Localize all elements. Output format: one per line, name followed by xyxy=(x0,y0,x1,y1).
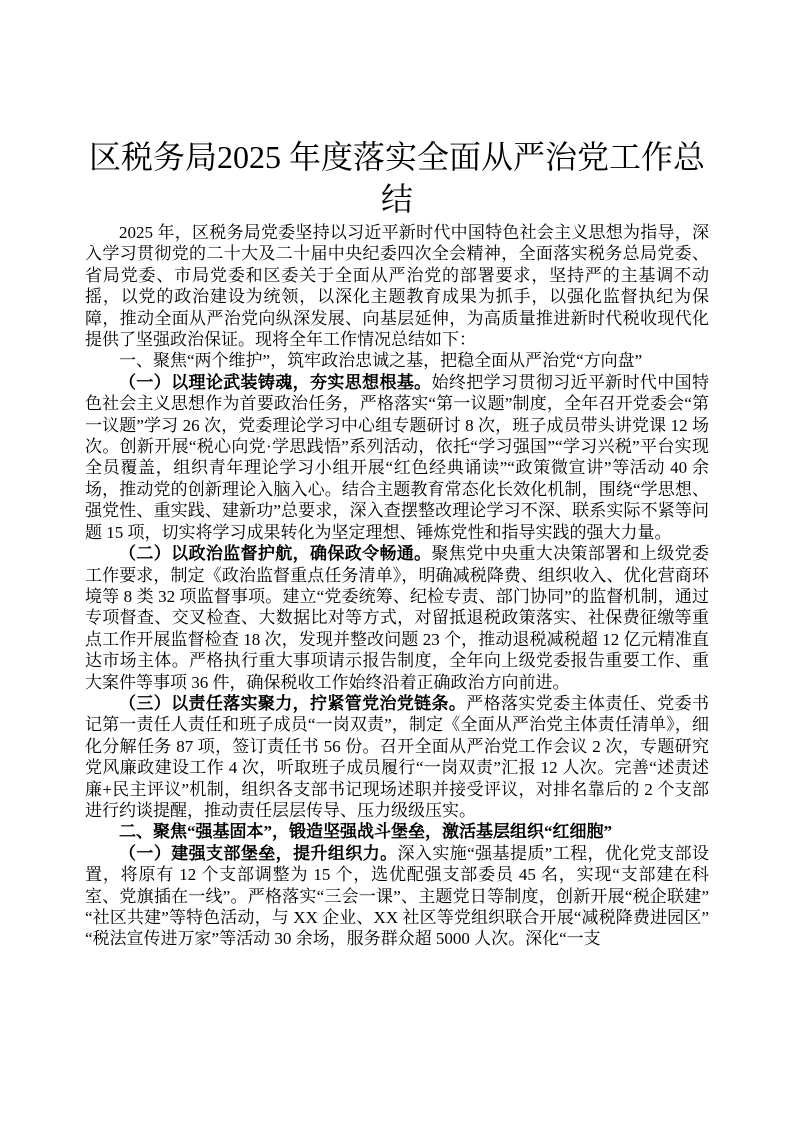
paragraph-lead: （二）以政治监督护航，确保政令畅通。 xyxy=(119,544,432,563)
paragraph: （一）以理论武装铸魂，夯实思想根基。始终把学习贯彻习近平新时代中国特色社会主义思… xyxy=(85,372,709,543)
document-page: 区税务局2025 年度落实全面从严治党工作总结 2025 年，区税务局党委坚持以… xyxy=(0,0,793,1121)
paragraph-lead: （一）建强支部堡垒，提升组织力。 xyxy=(119,844,398,863)
paragraph: （二）以政治监督护航，确保政令畅通。聚焦党中央重大决策部署和上级党委工作要求，制… xyxy=(85,543,709,693)
paragraph: 二、聚焦“强基固本”，锻造坚强战斗堡垒，激活基层组织“红细胞” xyxy=(85,821,709,842)
paragraph-lead: 二、聚焦“强基固本”，锻造坚强战斗堡垒，激活基层组织“红细胞” xyxy=(119,822,612,841)
paragraph: （一）建强支部堡垒，提升组织力。深入实施“强基提质”工程，优化党支部设置，将原有… xyxy=(85,843,709,950)
document-title: 区税务局2025 年度落实全面从严治党工作总结 xyxy=(85,136,709,220)
document-body: 2025 年，区税务局党委坚持以习近平新时代中国特色社会主义思想为指导，深入学习… xyxy=(85,222,709,950)
paragraph-lead: （一）以理论武装铸魂，夯实思想根基。 xyxy=(119,373,432,392)
paragraph: 2025 年，区税务局党委坚持以习近平新时代中国特色社会主义思想为指导，深入学习… xyxy=(85,222,709,350)
paragraph-lead: （三）以责任落实聚力，拧紧管党治党链条。 xyxy=(119,694,466,713)
paragraph: 一、聚焦“两个维护”，筑牢政治忠诚之基，把稳全面从严治党“方向盘” xyxy=(85,350,709,371)
paragraph: （三）以责任落实聚力，拧紧管党治党链条。严格落实党委主体责任、党委书记第一责任人… xyxy=(85,693,709,821)
